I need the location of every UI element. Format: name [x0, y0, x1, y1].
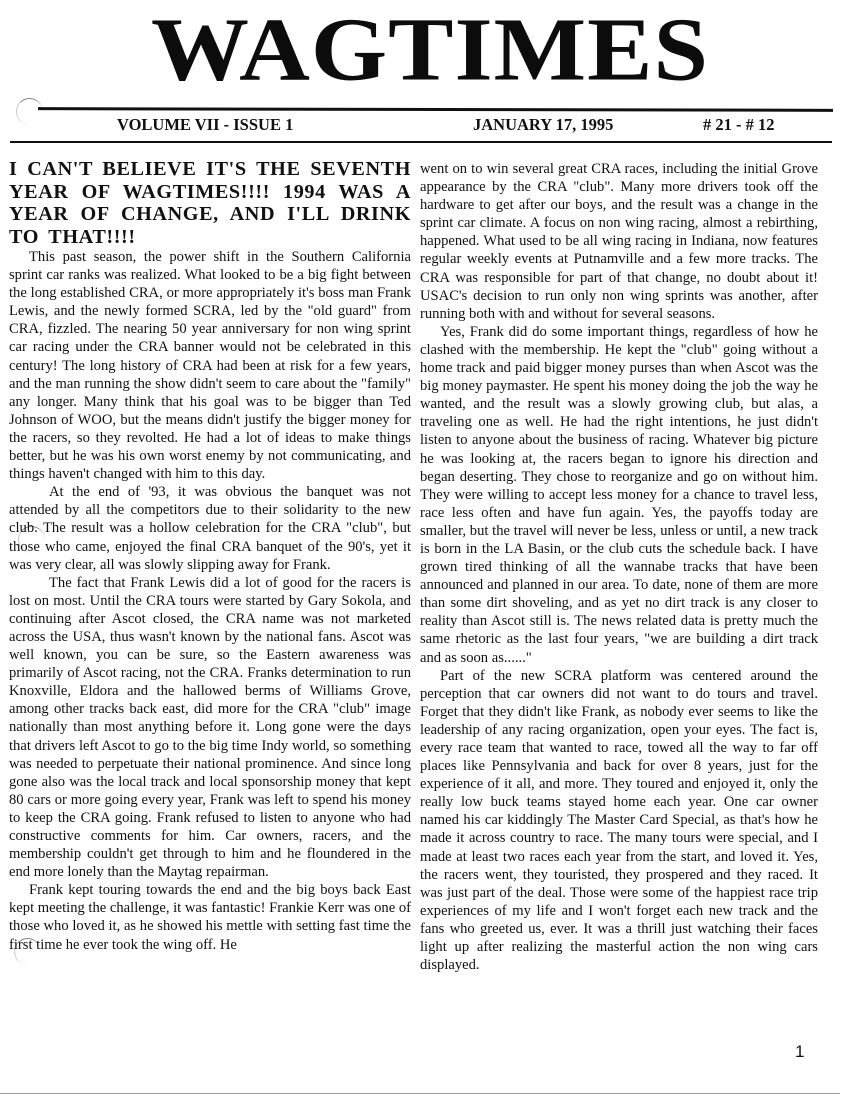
article-paragraph: At the end of '93, it was obvious the ba… [9, 483, 411, 573]
volume-issue: VOLUME VII - ISSUE 1 [117, 115, 293, 135]
article-paragraph: Yes, Frank did do some important things,… [420, 323, 818, 667]
issue-date: JANUARY 17, 1995 [473, 115, 613, 135]
page-number: 1 [795, 1042, 804, 1062]
issue-info-bar: VOLUME VII - ISSUE 1 JANUARY 17, 1995 # … [0, 115, 850, 137]
article-paragraph: Frank kept touring towards the end and t… [9, 881, 411, 953]
article-paragraph: The fact that Frank Lewis did a lot of g… [9, 574, 411, 882]
footer-rule [0, 1093, 840, 1094]
newsletter-title: WAGTIMES [0, 4, 850, 96]
article-paragraph: This past season, the power shift in the… [9, 248, 411, 483]
article-paragraph: went on to win several great CRA races, … [420, 160, 818, 323]
masthead: WAGTIMES [0, 4, 850, 104]
article-left-column: I CAN'T BELIEVE IT'S THE SEVENTH YEAR OF… [9, 158, 411, 954]
issue-numbers: # 21 - # 12 [703, 115, 775, 135]
article-headline: I CAN'T BELIEVE IT'S THE SEVENTH YEAR OF… [9, 158, 411, 248]
article-right-column: went on to win several great CRA races, … [420, 160, 818, 974]
masthead-top-rule [38, 107, 833, 112]
article-paragraph: Part of the new SCRA platform was center… [420, 667, 818, 975]
masthead-bottom-rule [10, 141, 832, 143]
